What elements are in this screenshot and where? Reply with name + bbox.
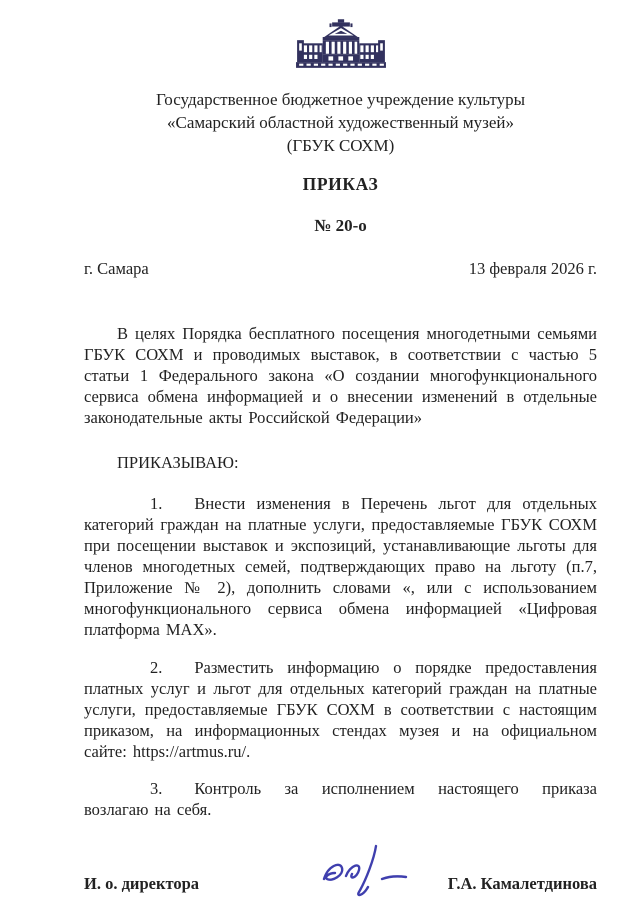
org-abbreviation: (ГБУК СОХМ)	[84, 134, 597, 157]
decree-word: ПРИКАЗЫВАЮ:	[84, 453, 597, 473]
preamble-paragraph: В целях Порядка бесплатного посещения мн…	[84, 323, 597, 428]
signature-block: И. о. директора Г.А. Камалетдинова	[84, 874, 597, 894]
org-name-line1: Государственное бюджетное учреждение кул…	[84, 88, 597, 111]
document-content: Государственное бюджетное учреждение кул…	[0, 0, 640, 894]
order-item-2: 2.Разместить информацию о порядке предос…	[84, 657, 597, 762]
document-date: 13 февраля 2026 г.	[469, 259, 597, 279]
order-item-1-number: 1.	[117, 493, 162, 514]
signer-name: Г.А. Камалетдинова	[448, 874, 597, 894]
signer-title: И. о. директора	[84, 874, 199, 894]
order-item-1-text: Внести изменения в Перечень льгот для от…	[84, 494, 597, 639]
document-place: г. Самара	[84, 259, 149, 279]
order-item-2-number: 2.	[117, 657, 162, 678]
museum-building-logo	[295, 18, 387, 78]
order-item-3: 3.Контроль за исполнением настоящего при…	[84, 778, 597, 820]
document-title: ПРИКАЗ	[84, 174, 597, 195]
scanned-order-document: Государственное бюджетное учреждение кул…	[0, 0, 640, 905]
document-number: № 20-о	[84, 216, 597, 236]
order-item-3-number: 3.	[117, 778, 162, 799]
handwritten-signature	[302, 832, 462, 902]
org-header: Государственное бюджетное учреждение кул…	[84, 88, 597, 157]
org-name-line2: «Самарский областной художественный музе…	[84, 111, 597, 134]
place-date-row: г. Самара 13 февраля 2026 г.	[84, 259, 597, 279]
order-item-1: 1.Внести изменения в Перечень льгот для …	[84, 493, 597, 640]
logo-container	[84, 18, 597, 80]
